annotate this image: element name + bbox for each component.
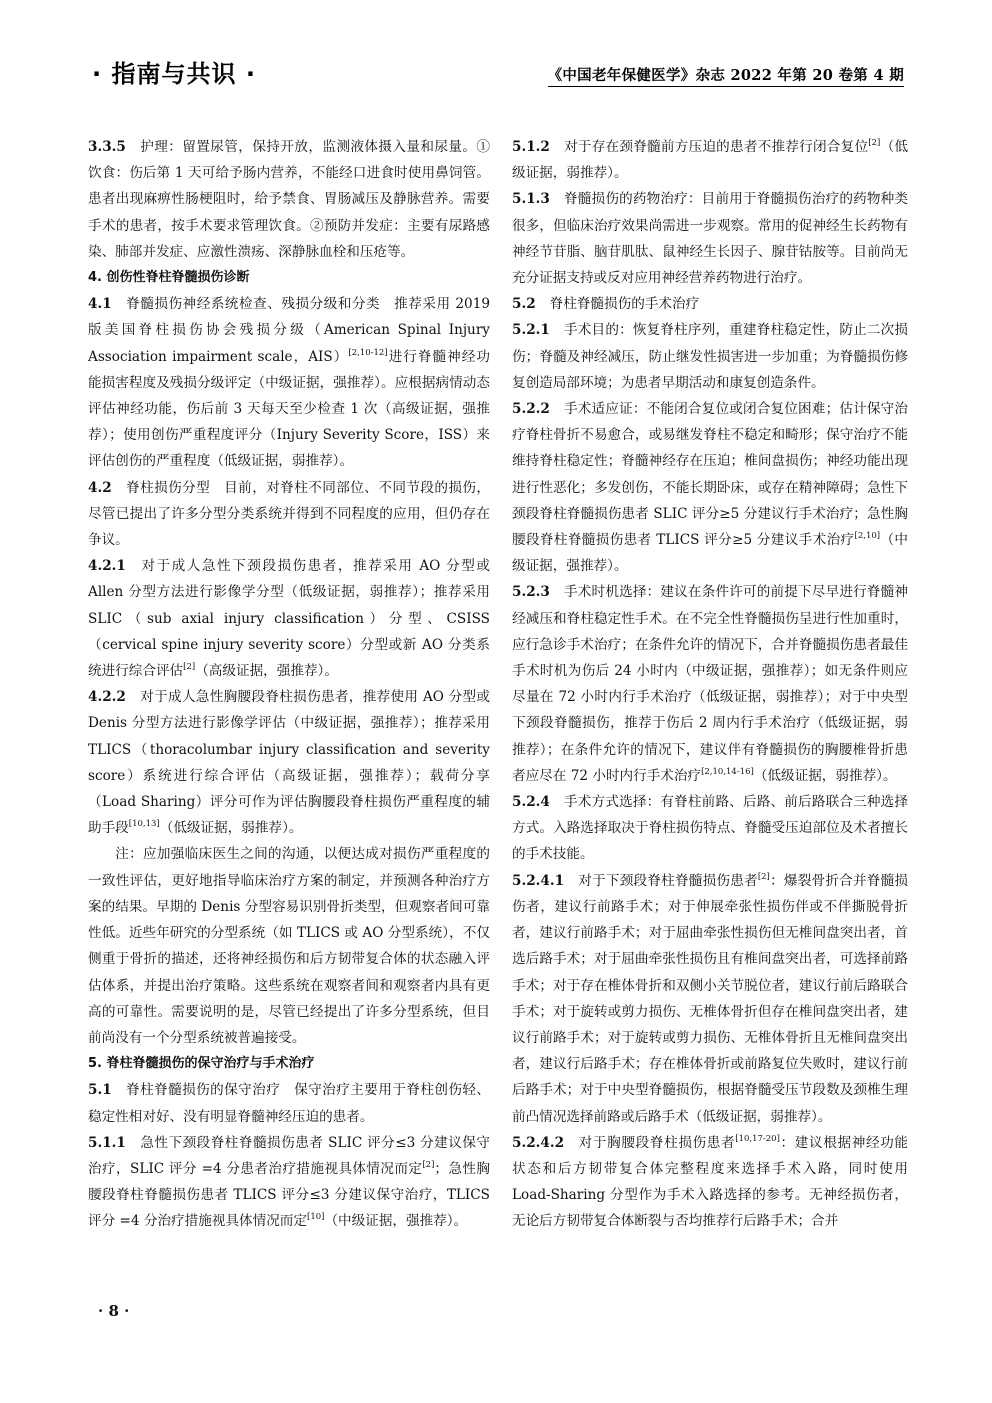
section-label: · 指南与共识 · xyxy=(92,54,256,89)
paragraph-3-3-5: 3.3.5护理：留置尿管，保持开放，监测液体摄入量和尿量。①饮食：伤后第 1 天… xyxy=(88,134,490,265)
paragraph-text: 对于下颈段脊柱脊髓损伤患者 xyxy=(578,873,758,889)
paragraph-5-2: 5.2脊柱脊髓损伤的手术治疗 xyxy=(512,291,908,317)
paragraph-text: 手术适应证：不能闭合复位或闭合复位困难；估计保守治疗脊柱骨折不易愈合，或易继发脊… xyxy=(512,401,908,548)
section-title: 脊柱损伤分型 xyxy=(126,480,211,496)
paragraph-4-2-2: 4.2.2对于成人急性胸腰段脊柱损伤患者，推荐使用 AO 分型或 Denis 分… xyxy=(88,684,490,841)
paragraph-4-2: 4.2脊柱损伤分型目前，对脊柱不同部位、不同节段的损伤，尽管已提出了许多分型分类… xyxy=(88,475,490,554)
citation: [2,10-12] xyxy=(348,348,387,358)
paragraph-text: 对于胸腰段脊柱损伤患者 xyxy=(578,1135,735,1151)
section-number: 5.2.1 xyxy=(512,322,550,338)
citation: [10] xyxy=(307,1212,324,1222)
citation: [10,17-20] xyxy=(735,1134,780,1144)
citation: [2,10,14-16] xyxy=(701,767,754,777)
section-number: 4.2.1 xyxy=(88,558,126,574)
section-number: 5.1.2 xyxy=(512,139,550,155)
section-heading-4: 4. 创伤性脊柱脊髓损伤诊断 xyxy=(88,265,490,291)
section-title: 脊柱脊髓损伤的手术治疗 xyxy=(550,296,700,312)
paragraph-5-1-1: 5.1.1急性下颈段脊柱脊髓损伤患者 SLIC 评分≤3 分建议保守治疗，SLI… xyxy=(88,1130,490,1235)
section-number: 4.2 xyxy=(88,480,112,496)
section-number: 4.2.2 xyxy=(88,689,126,705)
paragraph-text: ：爆裂骨折合并脊髓损伤者，建议行前路手术；对于伸展牵张性损伤伴或不伴撕脱骨折者，… xyxy=(512,873,908,1125)
paragraph-5-1-2: 5.1.2对于存在颈脊髓前方压迫的患者不推荐行闭合复位[2]（低级证据，弱推荐）… xyxy=(512,134,908,186)
paragraph-text: （中级证据，强推荐）。 xyxy=(324,1213,467,1229)
paragraph-4-2-1: 4.2.1对于成人急性下颈段损伤患者，推荐采用 AO 分型或 Allen 分型方… xyxy=(88,553,490,684)
section-number: 5.2 xyxy=(512,296,536,312)
page-number: · 8 · xyxy=(98,1302,129,1320)
citation: [2] xyxy=(758,872,770,882)
right-column: 5.1.2对于存在颈脊髓前方压迫的患者不推荐行闭合复位[2]（低级证据，弱推荐）… xyxy=(512,134,908,1235)
section-number: 5.2.4.2 xyxy=(512,1135,564,1151)
paragraph-5-2-4-2: 5.2.4.2对于胸腰段脊柱损伤患者[10,17-20]：建议根据神经功能状态和… xyxy=(512,1130,908,1235)
paragraph-4-1: 4.1脊髓损伤神经系统检查、残损分级和分类推荐采用 2019 版美国脊柱损伤协会… xyxy=(88,291,490,474)
paragraph-text: 护理：留置尿管，保持开放，监测液体摄入量和尿量。①饮食：伤后第 1 天可给予肠内… xyxy=(88,139,490,260)
paragraph-5-2-4-1: 5.2.4.1对于下颈段脊柱脊髓损伤患者[2]：爆裂骨折合并脊髓损伤者，建议行前… xyxy=(512,868,908,1130)
paragraph-5-1: 5.1脊柱脊髓损伤的保守治疗保守治疗主要用于脊柱创伤轻、稳定性相对好、没有明显脊… xyxy=(88,1077,490,1129)
left-column: 3.3.5护理：留置尿管，保持开放，监测液体摄入量和尿量。①饮食：伤后第 1 天… xyxy=(88,134,490,1235)
citation: [2] xyxy=(422,1160,434,1170)
note-paragraph: 注：应加强临床医生之间的沟通，以便达成对损伤严重程度的一致性评估，更好地指导临床… xyxy=(88,841,490,1051)
paragraph-text: 对于成人急性下颈段损伤患者，推荐采用 AO 分型或 Allen 分型方法进行影像… xyxy=(88,558,490,679)
paragraph-5-1-3: 5.1.3脊髓损伤的药物治疗：目前用于脊髓损伤治疗的药物种类很多，但临床治疗效果… xyxy=(512,186,908,291)
paragraph-5-2-2: 5.2.2手术适应证：不能闭合复位或闭合复位困难；估计保守治疗脊柱骨折不易愈合，… xyxy=(512,396,908,579)
section-heading-5: 5. 脊柱脊髓损伤的保守治疗与手术治疗 xyxy=(88,1051,490,1077)
section-number: 5.1.1 xyxy=(88,1135,126,1151)
paragraph-text: 脊髓损伤的药物治疗：目前用于脊髓损伤治疗的药物种类很多，但临床治疗效果尚需进一步… xyxy=(512,191,908,286)
section-number: 5.1 xyxy=(88,1082,112,1098)
paragraph-text: 手术方式选择：有脊柱前路、后路、前后路联合三种选择方式。入路选择取决于脊柱损伤特… xyxy=(512,794,908,862)
paragraph-text: （低级证据，弱推荐）。 xyxy=(754,768,897,784)
paragraph-text: 手术目的：恢复脊柱序列，重建脊柱稳定性，防止二次损伤；脊髓及神经减压，防止继发性… xyxy=(512,322,908,390)
section-number: 3.3.5 xyxy=(88,139,126,155)
paragraph-text: （高级证据，强推荐）。 xyxy=(195,663,338,679)
paragraph-text: 手术时机选择：建议在条件许可的前提下尽早进行脊髓神经减压和脊柱稳定性手术。在不完… xyxy=(512,584,908,783)
paragraph-text: 进行脊髓神经功能损害程度及残损分级评定（中级证据，强推荐）。应根据病情动态评估神… xyxy=(88,349,490,470)
section-title: 脊柱脊髓损伤的保守治疗 xyxy=(126,1082,281,1098)
journal-info: 《中国老年保健医学》杂志 2022 年第 20 卷第 4 期 xyxy=(548,64,904,87)
citation: [2] xyxy=(183,662,195,672)
citation: [10,13] xyxy=(129,819,160,829)
section-number: 4.1 xyxy=(88,296,112,312)
citation: [2,10] xyxy=(855,531,881,541)
section-number: 5.2.4 xyxy=(512,794,550,810)
section-number: 5.2.3 xyxy=(512,584,550,600)
paragraph-text: 急性下颈段脊柱脊髓损伤患者 SLIC 评分≤3 分建议保守治疗，SLIC 评分 … xyxy=(88,1135,490,1177)
paragraph-text: （低级证据，弱推荐）。 xyxy=(160,820,303,836)
section-number: 5.1.3 xyxy=(512,191,550,207)
paragraph-5-2-4: 5.2.4手术方式选择：有脊柱前路、后路、前后路联合三种选择方式。入路选择取决于… xyxy=(512,789,908,868)
section-title: 脊髓损伤神经系统检查、残损分级和分类 xyxy=(126,296,380,312)
paragraph-text: 对于成人急性胸腰段脊柱损伤患者，推荐使用 AO 分型或 Denis 分型方法进行… xyxy=(88,689,490,836)
section-number: 5.2.2 xyxy=(512,401,550,417)
section-number: 5.2.4.1 xyxy=(512,873,564,889)
citation: [2] xyxy=(868,138,880,148)
paragraph-5-2-1: 5.2.1手术目的：恢复脊柱序列，重建脊柱稳定性，防止二次损伤；脊髓及神经减压，… xyxy=(512,317,908,396)
paragraph-text: 对于存在颈脊髓前方压迫的患者不推荐行闭合复位 xyxy=(564,139,868,155)
paragraph-5-2-3: 5.2.3手术时机选择：建议在条件许可的前提下尽早进行脊髓神经减压和脊柱稳定性手… xyxy=(512,579,908,789)
